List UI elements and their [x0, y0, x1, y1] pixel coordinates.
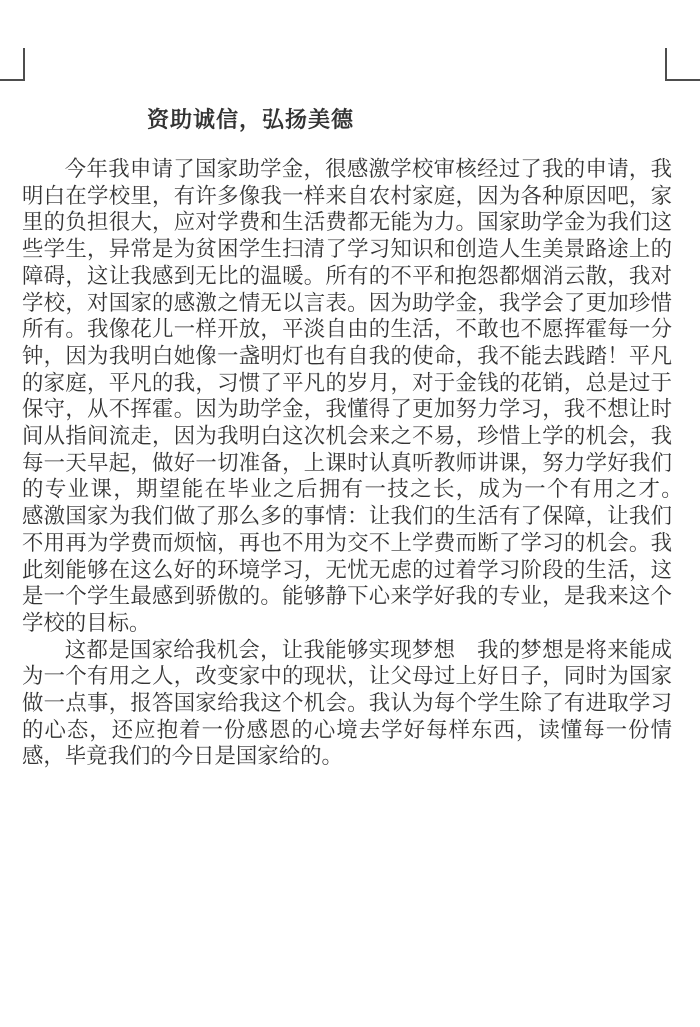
document-page: 资助诚信，弘扬美德 今年我申请了国家助学金，很感激学校审核经过了我的申请，我明白… [0, 0, 700, 1027]
crop-mark-top-right-icon [665, 48, 700, 81]
document-title: 资助诚信，弘扬美德 [147, 103, 354, 134]
crop-mark-top-left-icon [0, 48, 25, 81]
document-body: 今年我申请了国家助学金，很感激学校审核经过了我的申请，我明白在学校里，有许多像我… [22, 156, 672, 770]
paragraph-1: 今年我申请了国家助学金，很感激学校审核经过了我的申请，我明白在学校里，有许多像我… [22, 156, 672, 637]
paragraph-2: 这都是国家给我机会，让我能够实现梦想 我的梦想是将来能成为一个有用之人，改变家中… [22, 637, 672, 771]
